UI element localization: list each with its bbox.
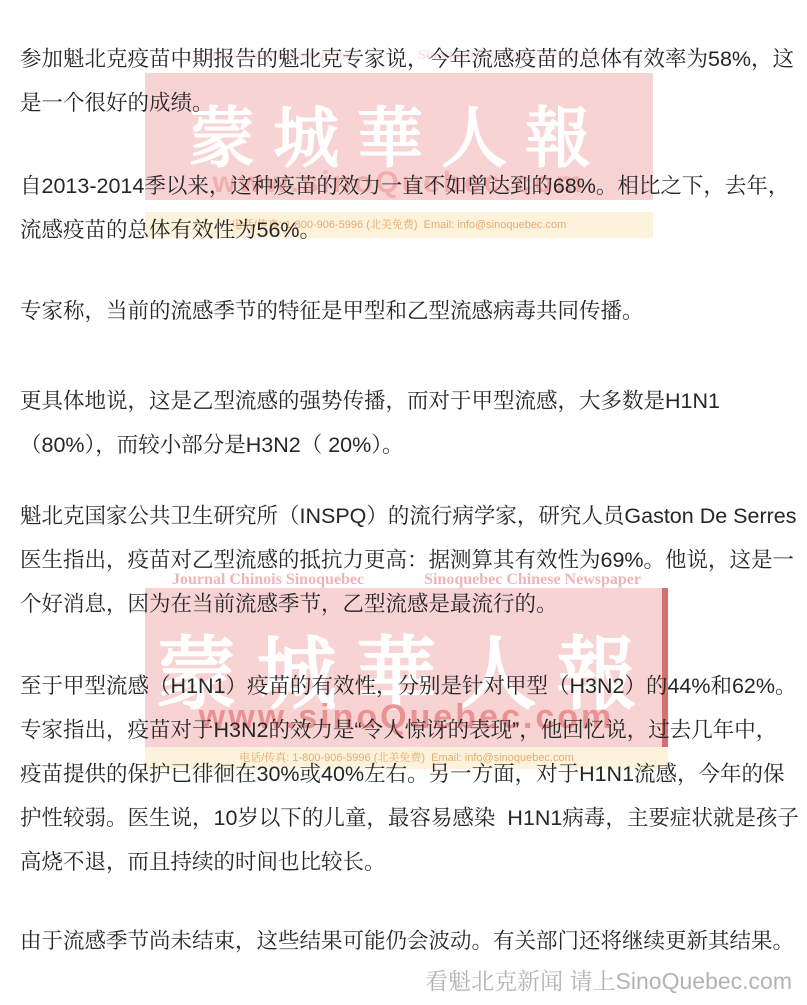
paragraph-6: 至于甲型流感（H1N1）疫苗的有效性，分别是针对甲型（H3N2）的44%和62%…	[20, 664, 800, 884]
text-line: 医生指出，疫苗对乙型流感的抵抗力更高：据测算其有效性为69%。他说，这是一	[20, 538, 800, 582]
text-line: 流感疫苗的总体有效性为56%。	[20, 208, 800, 252]
text-line: 个好消息，因为在当前流感季节，乙型流感是最流行的。	[20, 582, 800, 626]
text-line: 由于流感季节尚未结束，这些结果可能仍会波动。有关部门还将继续更新其结果。	[20, 919, 800, 963]
source-footer-text: 看魁北克新闻 请上SinoQuebec.com	[425, 963, 792, 996]
article-body: 参加魁北克疫苗中期报告的魁北克专家说，今年流感疫苗的总体有效率为58%，这 是一…	[0, 0, 807, 1005]
text-line: 更具体地说，这是乙型流感的强势传播，而对于甲型流感，大多数是H1N1	[20, 379, 800, 423]
text-line: 魁北克国家公共卫生研究所（INSPQ）的流行病学家，研究人员Gaston De …	[20, 494, 800, 538]
article-page: Journal Chinois Sinoquebec Sinoquebec Ch…	[0, 0, 807, 1005]
paragraph-1: 参加魁北克疫苗中期报告的魁北克专家说，今年流感疫苗的总体有效率为58%，这 是一…	[20, 37, 800, 125]
text-line: 高烧不退，而且持续的时间也比较长。	[20, 840, 800, 884]
paragraph-4: 更具体地说，这是乙型流感的强势传播，而对于甲型流感，大多数是H1N1 （80%）…	[20, 379, 800, 467]
paragraph-5: 魁北克国家公共卫生研究所（INSPQ）的流行病学家，研究人员Gaston De …	[20, 494, 800, 626]
text-line: 疫苗提供的保护已徘徊在30%或40%左右。另一方面，对于H1N1流感，今年的保	[20, 752, 800, 796]
text-line: 专家称，当前的流感季节的特征是甲型和乙型流感病毒共同传播。	[20, 289, 800, 333]
text-line: 是一个很好的成绩。	[20, 81, 800, 125]
text-line: 专家指出，疫苗对于H3N2的效力是“令人惊讶的表现”，他回忆说，过去几年中，	[20, 708, 800, 752]
text-line: （80%），而较小部分是H3N2（ 20%）。	[20, 423, 800, 467]
text-line: 自2013-2014季以来，这种疫苗的效力一直不如曾达到的68%。相比之下，去年…	[20, 164, 800, 208]
paragraph-2: 自2013-2014季以来，这种疫苗的效力一直不如曾达到的68%。相比之下，去年…	[20, 164, 800, 252]
paragraph-3: 专家称，当前的流感季节的特征是甲型和乙型流感病毒共同传播。	[20, 289, 800, 333]
text-line: 参加魁北克疫苗中期报告的魁北克专家说，今年流感疫苗的总体有效率为58%，这	[20, 37, 800, 81]
paragraph-7: 由于流感季节尚未结束，这些结果可能仍会波动。有关部门还将继续更新其结果。	[20, 919, 800, 963]
text-line: 至于甲型流感（H1N1）疫苗的有效性，分别是针对甲型（H3N2）的44%和62%…	[20, 664, 800, 708]
text-line: 护性较弱。医生说，10岁以下的儿童，最容易感染 H1N1病毒，主要症状就是孩子	[20, 796, 800, 840]
